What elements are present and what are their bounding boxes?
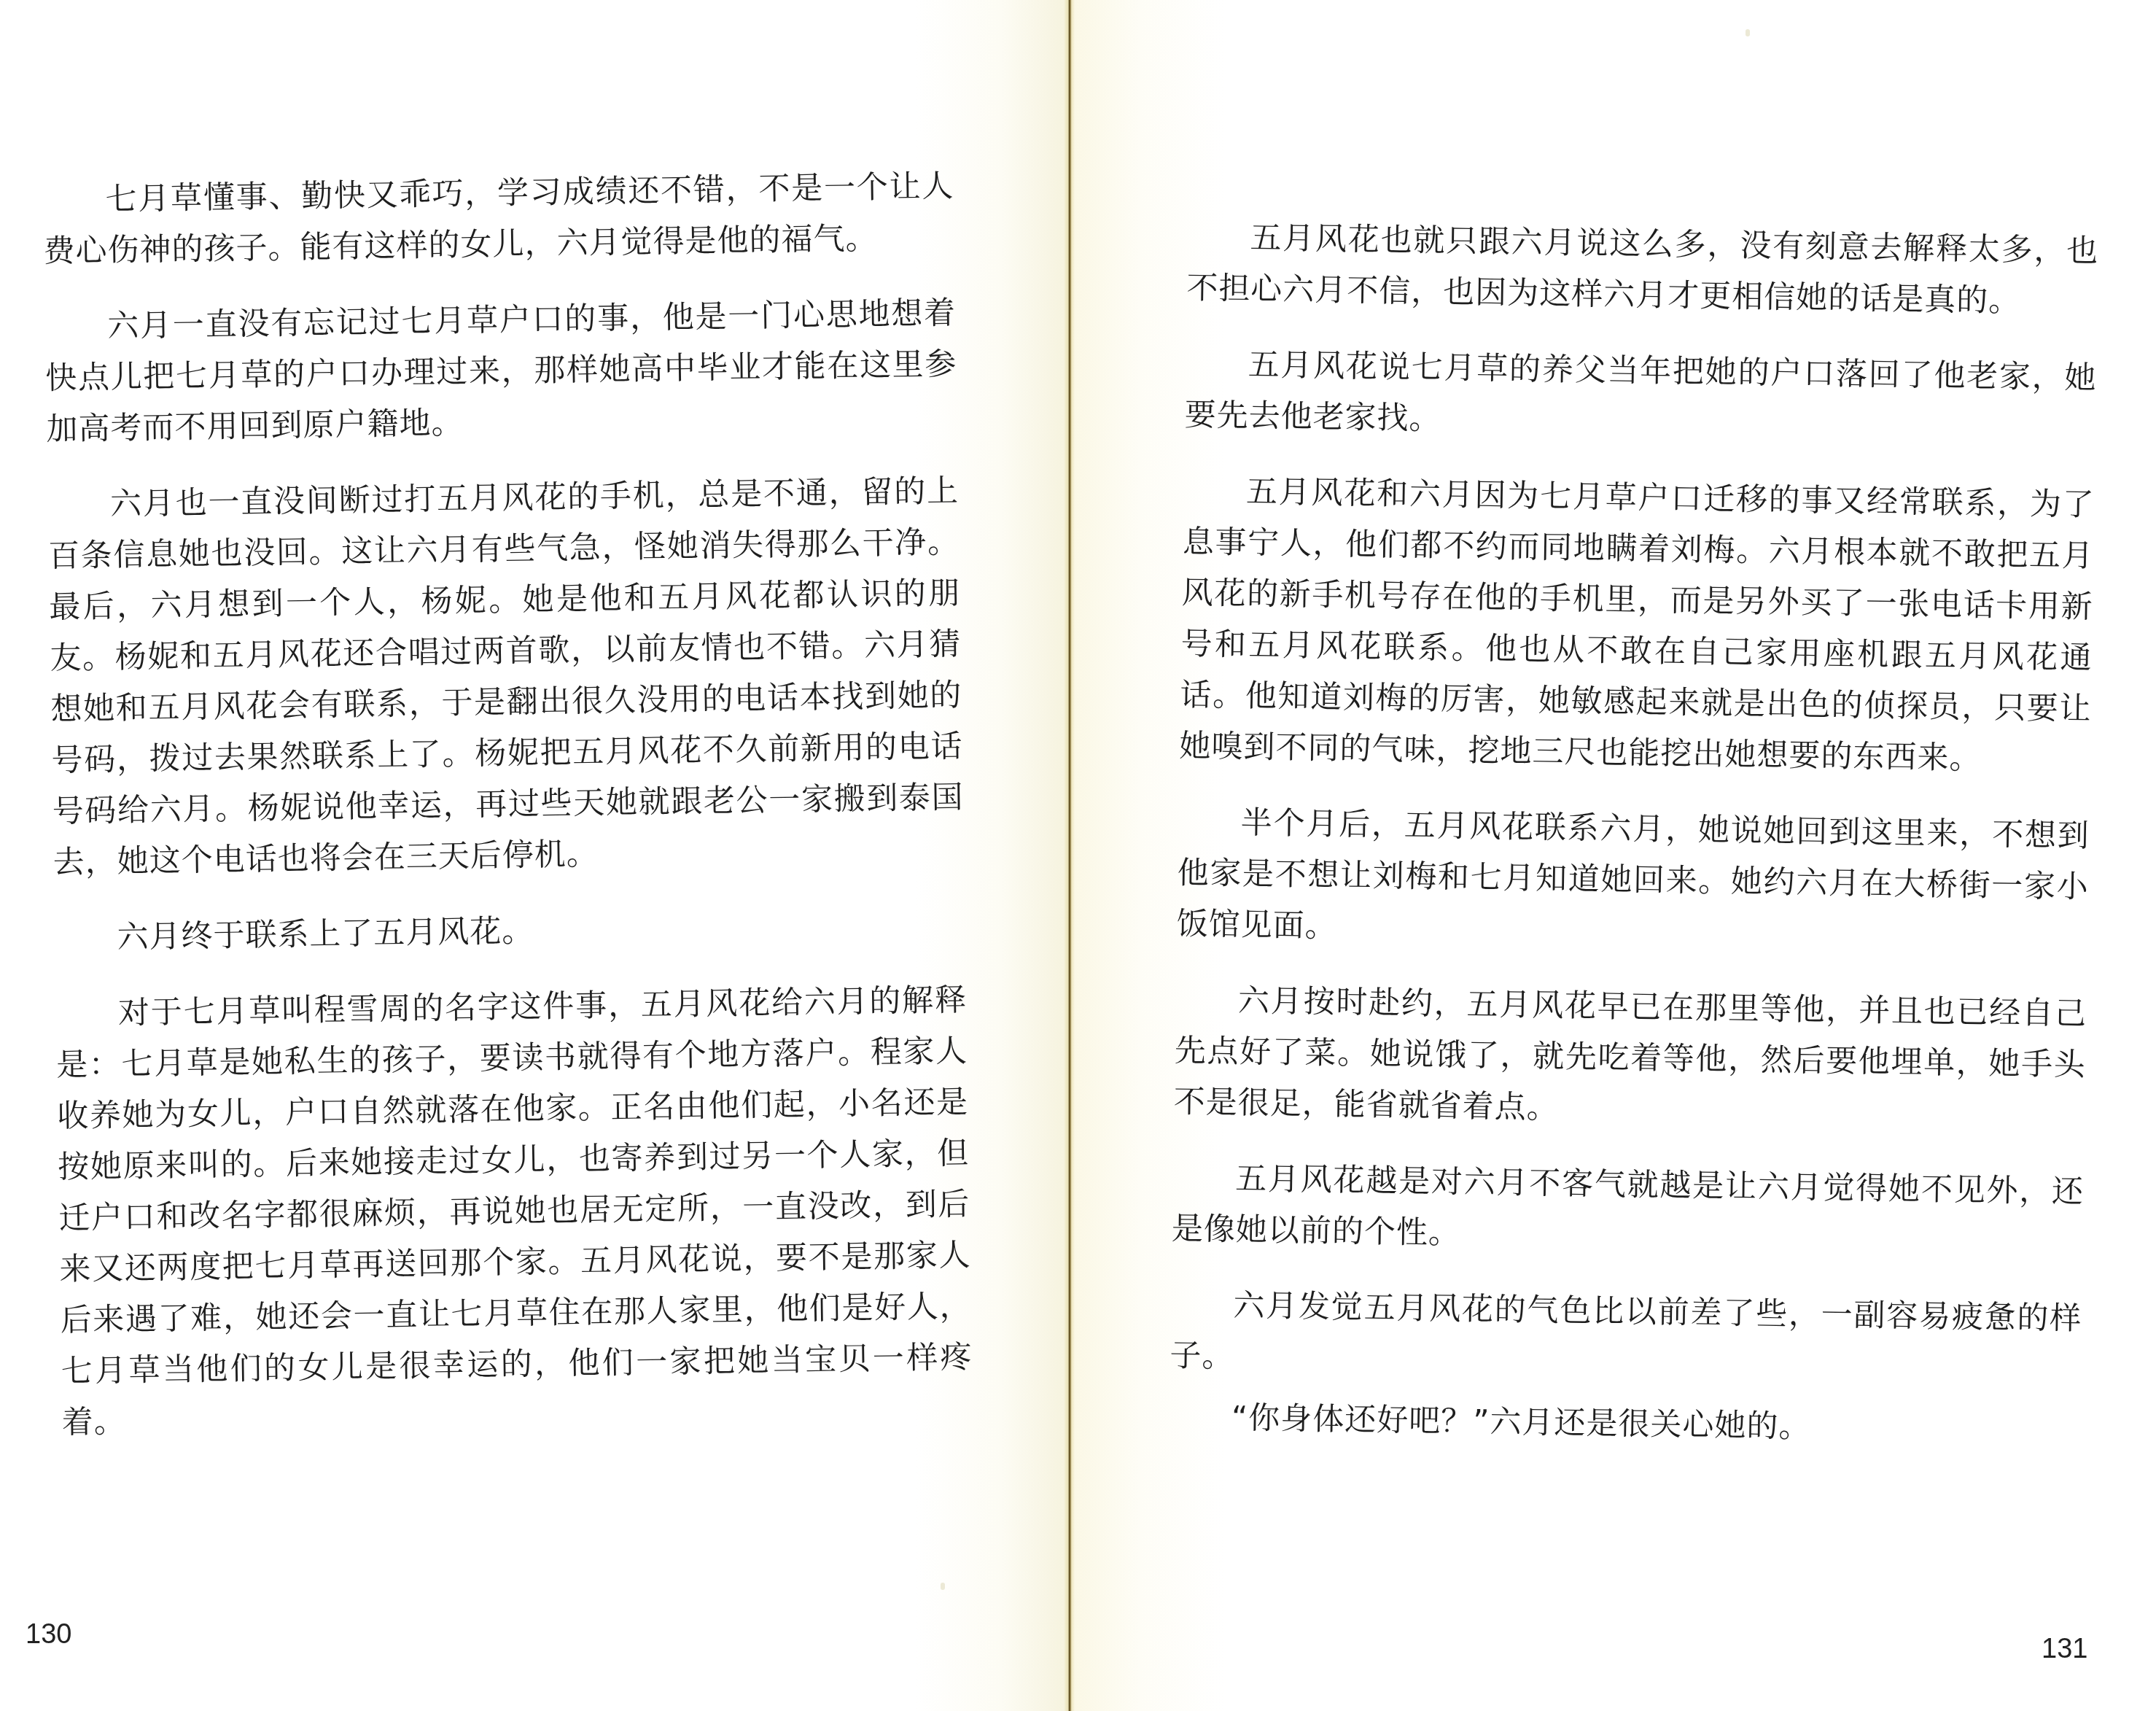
paragraph: 六月终于联系上了五月风花。: [54, 899, 966, 964]
paragraph: “你身体还好吧？”六月还是很关心她的。: [1168, 1392, 2080, 1457]
right-page-body: 五月风花也就只跟六月说这么多，没有刻意去解释太多，也不担心六月不信，也因为这样六…: [1168, 212, 2099, 1481]
page-number-left: 130: [26, 1619, 71, 1650]
right-page: 五月风花也就只跟六月说这么多，没有刻意去解释太多，也不担心六月不信，也因为这样六…: [1075, 0, 2156, 1711]
scan-speck: [941, 1583, 945, 1590]
paragraph: 五月风花说七月草的养父当年把她的户口落回了他老家，她要先去他老家找。: [1184, 338, 2097, 455]
book-spread: 七月草懂事、勤快又乖巧，学习成绩还不错，不是一个让人费心伤神的孩子。能有这样的女…: [0, 0, 2156, 1711]
paragraph: 六月一直没有忘记过七月草户口的事，他是一门心思地想着快点儿把七月草的户口办理过来…: [44, 287, 958, 455]
paragraph: 五月风花也就只跟六月说这么多，没有刻意去解释太多，也不担心六月不信，也因为这样六…: [1186, 212, 2099, 328]
paragraph: 五月风花越是对六月不客气就越是让六月觉得她不见外，还是像她以前的个性。: [1172, 1152, 2085, 1269]
left-page-body: 七月草懂事、勤快又乖巧，学习成绩还不错，不是一个让人费心伤神的孩子。能有这样的女…: [42, 160, 974, 1473]
paragraph: 六月也一直没间断过打五月风花的手机，总是不通，留的上百条信息她也没回。这让六月有…: [47, 465, 965, 888]
paragraph: 五月风花和六月因为七月草户口迁移的事又经常联系，为了息事宁人，他们都不约而同地瞒…: [1179, 465, 2095, 786]
page-number-right: 131: [2042, 1634, 2087, 1665]
paragraph: 六月按时赴约，五月风花早已在那里等他，并且也已经自己先点好了菜。她说饿了，就先吃…: [1173, 974, 2087, 1142]
paragraph: 七月草懂事、勤快又乖巧，学习成绩还不错，不是一个让人费心伤神的孩子。能有这样的女…: [42, 160, 955, 277]
paragraph: 六月发觉五月风花的气色比以前差了些，一副容易疲惫的样子。: [1170, 1279, 2082, 1396]
book-spine-gutter: [1065, 0, 1075, 1711]
left-page: 七月草懂事、勤快又乖巧，学习成绩还不错，不是一个让人费心伤神的孩子。能有这样的女…: [0, 0, 1065, 1711]
scan-speck: [1746, 29, 1750, 36]
paragraph: 对于七月草叫程雪周的名字这件事，五月风花给六月的解释是：七月草是她私生的孩子，要…: [55, 974, 974, 1448]
paragraph: 半个月后，五月风花联系六月，她说她回到这里来，不想到他家是不想让刘梅和七月知道她…: [1176, 796, 2090, 964]
